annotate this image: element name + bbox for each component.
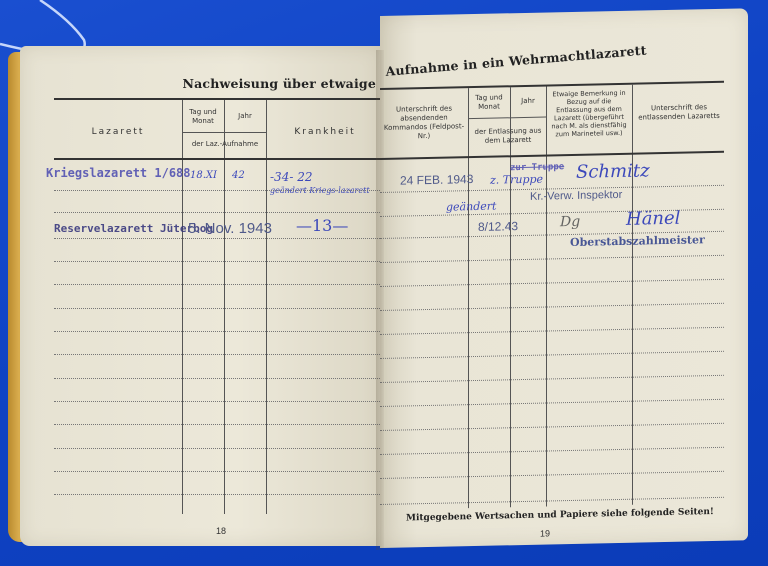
header-rule (54, 98, 382, 100)
spread-title-left: Nachweisung über etwaige (182, 76, 376, 91)
col-header-sender-signature: Unterschrift des absendenden Kommandos (… (382, 104, 466, 142)
col-header-lazarett: Lazarett (54, 128, 182, 137)
spread-title-right: Aufnahme in ein Wehrmachtlazarett (385, 42, 647, 78)
row-line (380, 375, 724, 383)
row-line (380, 471, 724, 479)
col-divider (182, 100, 183, 514)
illness-code-1: -34- 22 (270, 170, 312, 184)
initials-2: Dg (560, 214, 580, 230)
discharge-date-stamp-1: 24 FEB. 1943 (400, 172, 473, 188)
discharge-note-2: geändert (446, 200, 496, 214)
row-line (54, 308, 382, 309)
row-line (380, 327, 724, 335)
discharge-note-1: z. Truppe (490, 173, 543, 187)
page-number-right: 19 (540, 528, 550, 538)
official-title-1: Kr.-Verw. Inspektor (530, 189, 622, 203)
row-line (54, 471, 382, 472)
row-line (54, 401, 382, 402)
header-rule (380, 81, 724, 90)
illness-code-2: —13— (296, 216, 348, 235)
row-line (54, 448, 382, 449)
row-line (54, 238, 382, 239)
official-title-2: Oberstabszahlmeister (570, 233, 705, 249)
row-line (380, 303, 724, 311)
col-divider (632, 85, 633, 505)
discharge-date-2: 8/12.43 (478, 219, 518, 234)
col-header-entlassung: der Entlassung aus dem Lazarett (470, 127, 546, 147)
row-line (380, 447, 724, 455)
row-line (380, 423, 724, 431)
book-gutter (376, 50, 384, 550)
admission-day-month-1: 18.XI (190, 170, 217, 181)
row-line (380, 255, 724, 263)
col-divider (224, 100, 225, 514)
col-divider (546, 87, 547, 507)
row-line (54, 261, 382, 262)
lazarett-stamp-1: Kriegslazarett 1/688 (46, 166, 191, 180)
row-line (380, 497, 724, 505)
signature-1: Schmitz (576, 160, 650, 183)
col-header-discharging-signature: Unterschrift des entlassenden Lazaretts (636, 103, 722, 123)
header-bottom-rule (380, 151, 724, 160)
subheader-rule (182, 132, 266, 133)
row-line (54, 424, 382, 425)
footer-note: Mitgegebene Wertsachen und Papiere siehe… (406, 507, 714, 523)
admission-year-1: 42 (232, 170, 245, 181)
row-line (54, 284, 382, 285)
col-header-bemerkung: Etwaige Bemerkung in Bezug auf die Entla… (548, 89, 630, 139)
col-header-krankheit: Krankheit (268, 128, 382, 137)
col-header-tag-monat: Tag und Monat (470, 93, 508, 112)
row-line (54, 378, 382, 379)
col-divider (266, 100, 267, 514)
right-page: Aufnahme in ein Wehrmachtlazarett Unters… (380, 8, 748, 548)
row-line (54, 354, 382, 355)
col-header-laz-aufnahme: der Laz.-Aufnahme (184, 140, 266, 149)
col-divider (468, 88, 469, 508)
struck-stamp: zur Truppe (510, 162, 564, 173)
row-line (54, 494, 382, 495)
col-header-jahr: Jahr (512, 97, 544, 107)
row-line (54, 190, 382, 191)
page-number-left: 18 (216, 526, 226, 536)
header-bottom-rule (54, 158, 382, 160)
subheader-rule (468, 117, 546, 120)
col-header-jahr: Jahr (226, 112, 264, 121)
row-line (54, 331, 382, 332)
row-line (380, 279, 724, 287)
row-line (380, 351, 724, 359)
admission-date-stamp-2: 5. Nov. 1943 (188, 220, 272, 237)
left-page: Nachweisung über etwaige Lazarett Tag un… (20, 46, 382, 546)
row-line (54, 212, 382, 213)
col-header-tag-monat: Tag und Monat (184, 108, 222, 126)
col-divider (510, 87, 511, 507)
row-line (380, 399, 724, 407)
